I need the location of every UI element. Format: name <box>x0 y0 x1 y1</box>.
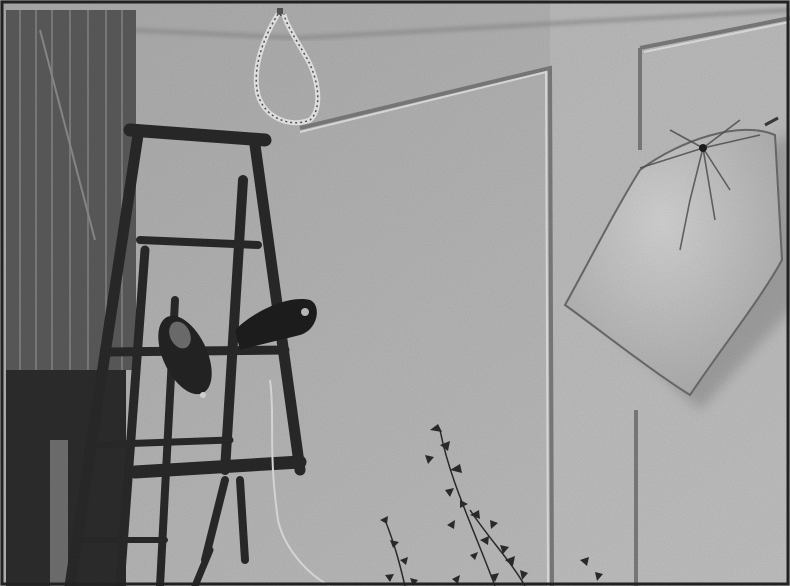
photograph <box>0 0 790 586</box>
